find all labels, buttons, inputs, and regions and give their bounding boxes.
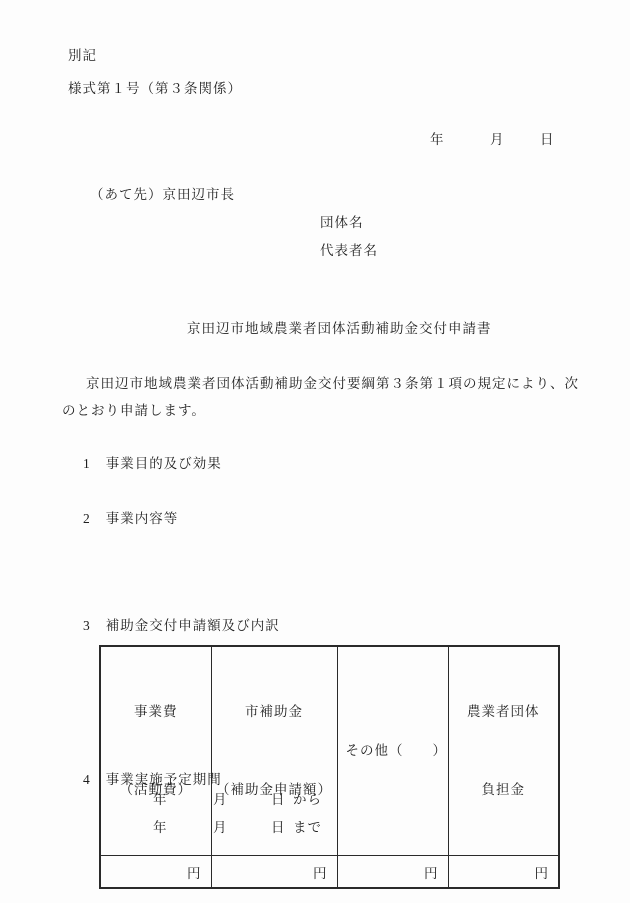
document-page: 別記 様式第１号（第３条関係） 年 月 日 （あて先）京田辺市長 団体名 代表者… bbox=[0, 0, 630, 903]
intro-paragraph-line2: のとおり申請します。 bbox=[62, 402, 206, 419]
period-from-month-label: 月 bbox=[213, 791, 228, 808]
organization-name-label: 団体名 bbox=[320, 214, 364, 231]
table-header-group-burden-line1: 農業者団体 bbox=[449, 699, 559, 725]
amount-cell-group-burden: 円 bbox=[448, 856, 559, 889]
table-amount-row: 円 円 円 円 bbox=[100, 856, 559, 889]
date-month-label: 月 bbox=[490, 131, 505, 148]
section-3-heading: 3 補助金交付申請額及び内訳 bbox=[83, 617, 280, 634]
period-to-year-label: 年 bbox=[153, 819, 168, 836]
section-2-number: 2 bbox=[83, 510, 91, 527]
section-1-number: 1 bbox=[83, 455, 91, 472]
section-4-number: 4 bbox=[83, 771, 91, 788]
document-title: 京田辺市地域農業者団体活動補助金交付申請書 bbox=[187, 320, 492, 337]
table-header-group-burden-line2: 負担金 bbox=[449, 777, 559, 803]
date-year-label: 年 bbox=[430, 131, 445, 148]
amount-cell-cost: 円 bbox=[100, 856, 211, 889]
table-header-cost-line1: 事業費 bbox=[101, 699, 211, 725]
section-3-number: 3 bbox=[83, 617, 91, 634]
form-number-label: 様式第１号（第３条関係） bbox=[68, 80, 242, 97]
table-header-other-line1: その他（ ） bbox=[346, 738, 448, 764]
amount-cell-other: 円 bbox=[337, 856, 448, 889]
section-2-label: 事業内容等 bbox=[106, 510, 179, 527]
period-from-year-label: 年 bbox=[153, 791, 168, 808]
period-from-day-label: 日 bbox=[271, 791, 286, 808]
period-to-month-label: 月 bbox=[213, 819, 228, 836]
date-day-label: 日 bbox=[540, 131, 555, 148]
section-3-label: 補助金交付申請額及び内訳 bbox=[106, 617, 280, 634]
period-to-day-label: 日 bbox=[271, 819, 286, 836]
section-4-label: 事業実施予定期間 bbox=[106, 771, 222, 788]
section-2-heading: 2 事業内容等 bbox=[83, 510, 178, 527]
table-header-row: 事業費 （活動費） 市補助金 （補助金申請額） その他（ ） 農業者団体 負担金 bbox=[100, 646, 559, 856]
addressee-label: （あて先）京田辺市長 bbox=[90, 186, 235, 203]
representative-name-label: 代表者名 bbox=[320, 242, 378, 259]
period-from-suffix: から bbox=[293, 791, 322, 808]
subsidy-amount-table: 事業費 （活動費） 市補助金 （補助金申請額） その他（ ） 農業者団体 負担金… bbox=[99, 645, 560, 889]
table-header-city-subsidy-line1: 市補助金 bbox=[212, 699, 337, 725]
period-to-suffix: まで bbox=[293, 819, 322, 836]
section-1-label: 事業目的及び効果 bbox=[106, 455, 222, 472]
table-header-other: その他（ ） bbox=[337, 646, 448, 856]
bekki-label: 別記 bbox=[68, 47, 97, 64]
amount-cell-city-subsidy: 円 bbox=[211, 856, 337, 889]
section-1-heading: 1 事業目的及び効果 bbox=[83, 455, 222, 472]
section-4-heading: 4 事業実施予定期間 bbox=[83, 771, 222, 788]
table-header-group-burden: 農業者団体 負担金 bbox=[448, 646, 559, 856]
intro-paragraph-line1: 京田辺市地域農業者団体活動補助金交付要綱第３条第１項の規定により、次 bbox=[62, 375, 579, 392]
